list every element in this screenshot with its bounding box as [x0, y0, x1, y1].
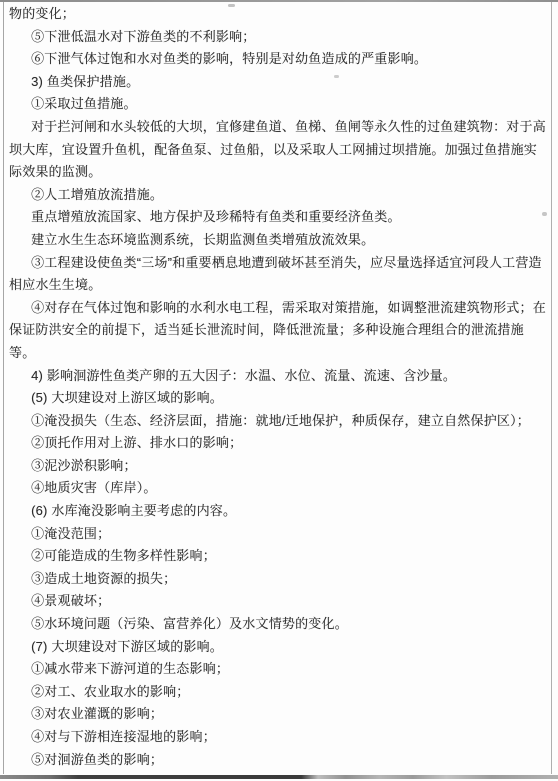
paragraph: ④地质灾害（库岸）。 [9, 477, 547, 500]
paragraph: (5) 大坝建设对上游区域的影响。 [9, 387, 547, 410]
paragraph: ②顶托作用对上游、排水口的影响； [9, 432, 547, 455]
paragraph: ②人工增殖放流措施。 [9, 184, 547, 207]
page-border-bottom [0, 775, 558, 779]
paragraph: 物的变化； [9, 3, 547, 26]
paragraph: ①减水带来下游河道的生态影响； [9, 658, 547, 681]
paragraph: ③对农业灌溉的影响； [9, 703, 547, 726]
paragraph: (7) 大坝建设对下游区域的影响。 [9, 636, 547, 659]
page-border-left [3, 2, 4, 774]
paragraph: ④对与下游相连接湿地的影响； [9, 726, 547, 749]
paragraph: (6) 水库淹没影响主要考虑的内容。 [9, 500, 547, 523]
paragraph: 对于拦河闸和水头较低的大坝，宜修建鱼道、鱼梯、鱼闸等永久性的过鱼建筑物：对于高坝… [9, 116, 547, 184]
paragraph: ⑤对洄游鱼类的影响； [9, 749, 547, 772]
page-border-right [551, 2, 552, 774]
paragraph: ⑤水环境问题（污染、富营养化）及水文情势的变化。 [9, 613, 547, 636]
document-body: 物的变化； ⑤下泄低温水对下游鱼类的不利影响； ⑥下泄气体过饱和水对鱼类的影响，… [9, 3, 547, 771]
paragraph: ③泥沙淤积影响； [9, 455, 547, 478]
paragraph: ①淹没损失（生态、经济层面，措施：就地/迁地保护，种质保存，建立自然保护区）； [9, 410, 547, 433]
paragraph: ①淹没范围； [9, 523, 547, 546]
paragraph: ②可能造成的生物多样性影响； [9, 545, 547, 568]
paragraph: 建立水生生态环境监测系统，长期监测鱼类增殖放流效果。 [9, 229, 547, 252]
paragraph: ②对工、农业取水的影响； [9, 681, 547, 704]
paragraph: ⑤下泄低温水对下游鱼类的不利影响； [9, 26, 547, 49]
paragraph: ⑥下泄气体过饱和水对鱼类的影响，特别是对幼鱼造成的严重影响。 [9, 48, 547, 71]
paragraph: ③工程建设使鱼类“三场”和重要栖息地遭到破坏甚至消失，应尽量选择适宜河段人工营造… [9, 252, 547, 297]
paragraph: ③造成土地资源的损失； [9, 568, 547, 591]
document-page: 物的变化； ⑤下泄低温水对下游鱼类的不利影响； ⑥下泄气体过饱和水对鱼类的影响，… [0, 0, 558, 781]
paragraph: 3) 鱼类保护措施。 [9, 71, 547, 94]
page-border-top [0, 0, 558, 2]
paragraph: 4) 影响洄游性鱼类产卵的五大因子：水温、水位、流量、流速、含沙量。 [9, 365, 547, 388]
paragraph: ①采取过鱼措施。 [9, 93, 547, 116]
paragraph: ④对存在气体过饱和影响的水利水电工程，需采取对策措施，如调整泄流建筑物形式；在保… [9, 297, 547, 365]
paragraph: 重点增殖放流国家、地方保护及珍稀特有鱼类和重要经济鱼类。 [9, 206, 547, 229]
paragraph: ④景观破坏； [9, 590, 547, 613]
